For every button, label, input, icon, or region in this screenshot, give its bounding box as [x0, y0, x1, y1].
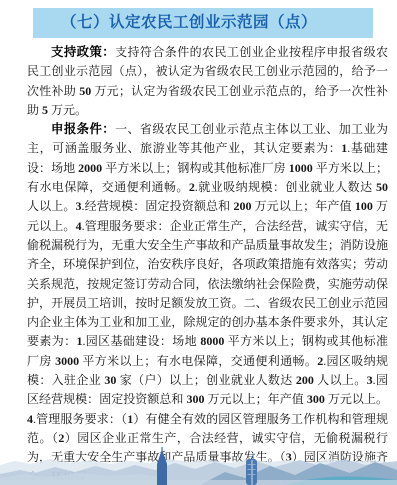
policy-paragraph: 支持政策：支持符合条件的农民工创业企业按程序申报省级农民工创业示范园（点），被认…	[27, 43, 388, 120]
footer-bottom-band	[0, 480, 397, 485]
twin-tower-icon	[246, 454, 257, 485]
conditions-text: 一、省级农民工创业示范点主体以工业、加工业为主，可涵盖服务业、旅游业等其他产业，…	[27, 122, 388, 483]
document-body: 支持政策：支持符合条件的农民工创业企业按程序申报省级农民工创业示范园（点），被认…	[27, 43, 388, 485]
section-title: （七）认定农民工创业示范园（点）	[61, 14, 317, 31]
section-title-bar: （七）认定农民工创业示范园（点）	[33, 8, 373, 38]
conditions-label: 申报条件：	[51, 122, 115, 136]
spire-tower-icon	[157, 447, 167, 485]
document-page: （七）认定农民工创业示范园（点） 支持政策：支持符合条件的农民工创业企业按程序申…	[0, 0, 397, 485]
skyline-footer-illustration	[0, 447, 397, 485]
policy-label: 支持政策：	[51, 45, 115, 59]
conditions-paragraph: 申报条件：一、省级农民工创业示范点主体以工业、加工业为主，可涵盖服务业、旅游业等…	[27, 120, 388, 485]
